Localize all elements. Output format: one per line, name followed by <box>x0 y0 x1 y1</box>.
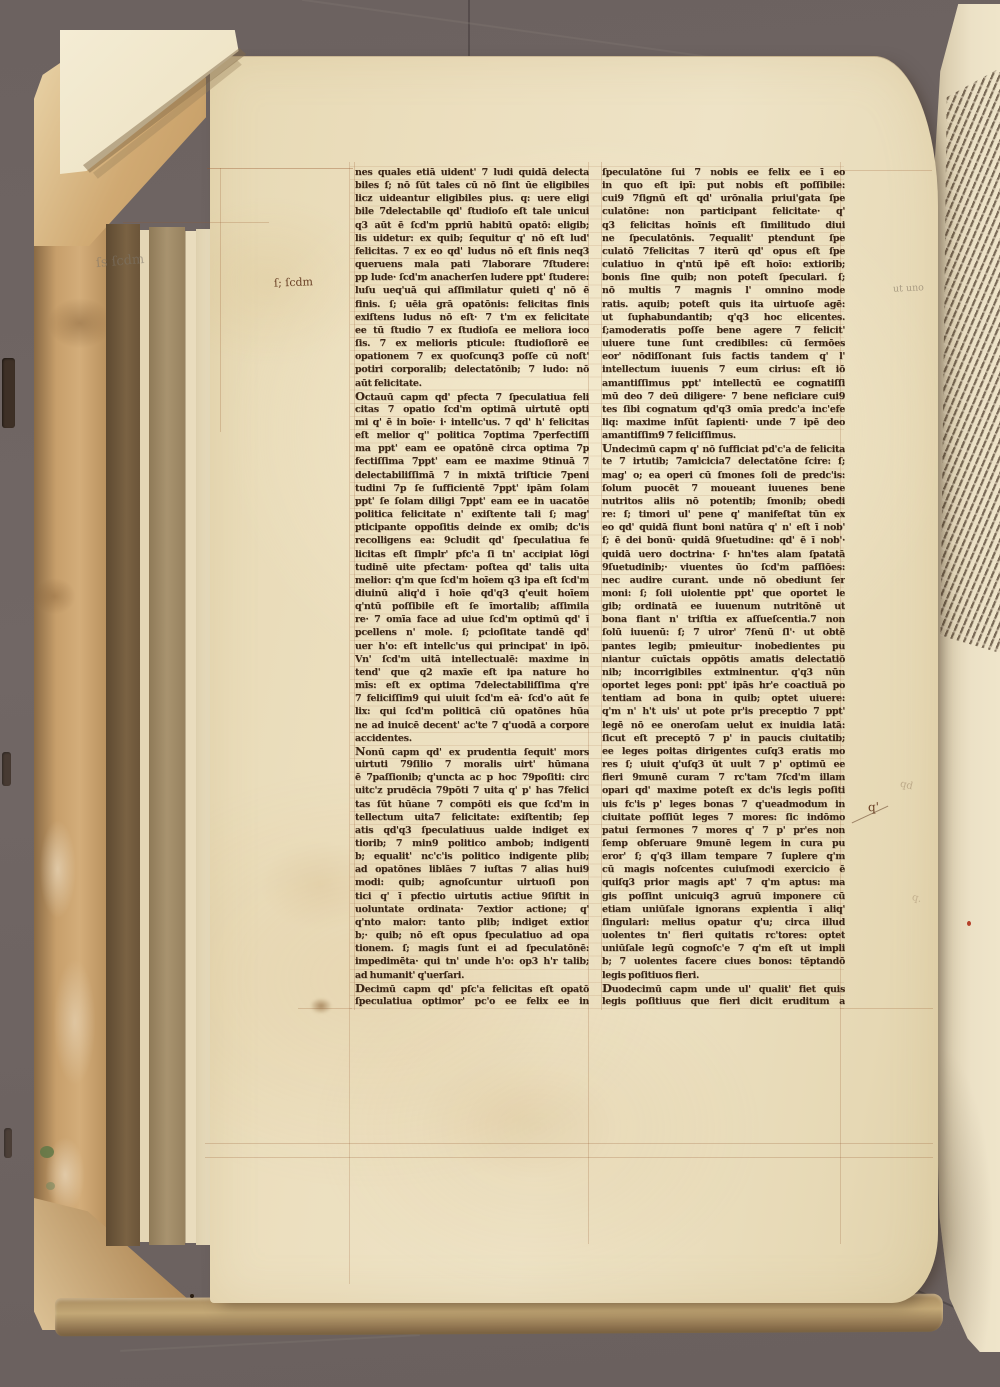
manuscript-line: tes ſibi cognatum qd'q3 omīa predc'a inc… <box>602 403 845 416</box>
chapter-initial: N <box>355 745 365 758</box>
background-crease <box>302 0 718 59</box>
manuscript-line: liq: maxime inſūt ſapienti· unde 7 ipē d… <box>602 416 845 429</box>
manuscript-line: atis qd'q3 ſpeculatiuus ualde indiget ex <box>355 824 589 837</box>
manuscript-line: mi q' ē in boīe· i· intellc'us. 7 qd' h'… <box>355 416 589 429</box>
manuscript-line: ſpeculatōne ſui 7 nobis ee felix ee ī eo <box>602 166 845 179</box>
background-crease <box>120 1334 420 1352</box>
manuscript-line: in quo eſt ipī: put nobis eſt poſſibile: <box>602 179 845 192</box>
manuscript-line: nes quales etiā uident' 7 ludi quidā del… <box>355 166 589 179</box>
ruling-horizontal <box>840 170 932 171</box>
manuscript-line: lis uidetur: ex quib; ſequitur q' nō eſt… <box>355 232 589 245</box>
chapter-initial: D <box>602 982 612 995</box>
clasp-remnant <box>2 358 15 428</box>
facing-page-text-block <box>938 68 1000 653</box>
manuscript-line: amantiſſimus ppt' intellectū ee cognatiſ… <box>602 377 845 390</box>
manuscript-line: uer h'o: eſt intellc'us qui principat' i… <box>355 640 589 653</box>
pigment-speck-green <box>46 1182 55 1190</box>
manuscript-line: b; 7 uolentes facere ciues bonos: tēptan… <box>602 955 845 968</box>
manuscript-line: queruens mala pati 7laborare 7ſtudere: <box>355 258 589 271</box>
manuscript-line: recolligens ea: 9cludit qd' ſpeculatiua … <box>355 534 589 547</box>
manuscript-line: pcellens n' mole. ſ; pcioſitate tandē qd… <box>355 626 589 639</box>
manuscript-line: re· 7 omīa face ad uiue ſcd'm optimū qd'… <box>355 613 589 626</box>
manuscript-line: culatō 7felicitas 7 iterū qd' opus eſt ſ… <box>602 245 845 258</box>
manuscript-line: melior: q'm que ſcd'm hoīem q3 ipa eſt ſ… <box>355 574 589 587</box>
manuscript-line: modi: quib; agnoſcuntur uirtuoſi pon <box>355 876 589 889</box>
clasp-remnant <box>4 1128 12 1158</box>
clasp-remnant <box>2 752 11 786</box>
manuscript-line: pantes legib; pmieuitur· inobedientes pu <box>602 640 845 653</box>
manuscript-line: citas 7 opatio ſcd'm optimā uirtutē opti <box>355 403 589 416</box>
manuscript-line: amantiſſim9 7 feliciſſimus. <box>602 429 845 442</box>
ruling-horizontal <box>207 168 353 169</box>
manuscript-line: niantur cuīctais oppōtis amatis delectat… <box>602 653 845 666</box>
manuscript-line: uniūſale legū cognoſc'e 7 q'm eſt ut imp… <box>602 942 845 955</box>
manuscript-line: oportet leges poni: ppt' ipās hr'e coact… <box>602 679 845 692</box>
manuscript-line: tend' que q2 maxīe eſt ipa nature ho <box>355 666 589 679</box>
page-edges-cream-strip <box>140 230 149 1242</box>
manuscript-line: ppt' ſe ſolam diligi 7ppt' eam ee in uac… <box>355 495 589 508</box>
manuscript-line: aūt felicitate. <box>355 377 589 390</box>
manuscript-line: legis poſitiuus que fieri dicit eruditum… <box>602 995 845 1008</box>
ruling-horizontal <box>123 222 269 223</box>
manuscript-line: te 7 irtutib; 7amicicia7 delectatōne ſci… <box>602 455 845 468</box>
manuscript-line: tionem. ſ; magis ſunt ei ad ſpeculatōnē: <box>355 942 589 955</box>
manuscript-line: cui9 7ſignū eſt qd' urōnalia priui'gata … <box>602 192 845 205</box>
manuscript-line: q'm n' h't uis' ut pote pr'is preceptio … <box>602 705 845 718</box>
text-column-right: ſpeculatōne ſui 7 nobis ee felix ee ī eo… <box>602 166 845 1008</box>
manuscript-line: ratis. aquib; poteſt quis ita uirtuoſe a… <box>602 298 845 311</box>
manuscript-line: eſt melior q'' politica 7optima 7perfect… <box>355 429 589 442</box>
manuscript-line: tas ſūt hūane 7 compōti eis que ſcd'm in <box>355 798 589 811</box>
pigment-speck-green <box>40 1146 54 1158</box>
manuscript-line: (Octauū capm qd' pfecta 7 ſpeculatiua fe… <box>355 390 589 403</box>
manuscript-line: tici q' ī pfectio uirtutis actiue 9ſiſti… <box>355 890 589 903</box>
manuscript-line: bona fiant n' triſtia ex aſſueſcentia.7 … <box>602 613 845 626</box>
manuscript-line: nutritos aliis nō potentib; ſmonib; obed… <box>602 495 845 508</box>
background-crease <box>468 0 470 62</box>
manuscript-line: ſ; ē dei bonū· quidā 9ſuetudine: qd' ē ī… <box>602 534 845 547</box>
manuscript-line: res ſ; uiuit q'uſq3 ūt uult 7 p' optimū … <box>602 758 845 771</box>
marginal-note-right-top: ut uno <box>893 282 924 295</box>
manuscript-line: q3 felicitas hoīnis eſt ſimilitudo diui <box>602 219 845 232</box>
manuscript-line: eo qd' quidā fiunt boni natūra q' n' eſt… <box>602 521 845 534</box>
manuscript-line: bile 7delectabile qd' ſtudioſo eſt tale … <box>355 205 589 218</box>
manuscript-line: ad humanit' q'uerſari. <box>355 969 589 982</box>
parchment-stain <box>420 1060 620 1180</box>
manuscript-line: mīs: eſt ex optima 7delectabiliſſima q'r… <box>355 679 589 692</box>
manuscript-line: ſingulari: melius opatur q'u; circa illu… <box>602 916 845 929</box>
manuscript-line: uis fc'is p' leges bonas 7 q'ueadmodum i… <box>602 798 845 811</box>
manuscript-line: quidā uero doctrina· ſ· hn'tes alam ſpat… <box>602 548 845 561</box>
manuscript-line: mū deo 7 deū diligere· 7 bene neficiare … <box>602 390 845 403</box>
manuscript-line: ciuitate poſſiūt leges 7 mores: ſic indō… <box>602 811 845 824</box>
manuscript-line: tellectum uita7 felicitate: exiſtentib; … <box>355 811 589 824</box>
manuscript-line: tentiam ad bona in quib; optet uiuere: <box>602 692 845 705</box>
manuscript-line: pticipante oppoſitis deinde ex omib; dc'… <box>355 521 589 534</box>
manuscript-line: uirtuti 79ſilio 7 moralis uirt' hūmana <box>355 758 589 771</box>
manuscript-line: opari qd' maxime poteſt ex dc'is legis p… <box>602 784 845 797</box>
manuscript-line: ē 7paſſionib; q'uncta ac p hoc 79poſiti:… <box>355 771 589 784</box>
manuscript-line: lix: qui ſcd'm politicā ciū opatōnes hūa <box>355 705 589 718</box>
manuscript-line: etiam uniūſale ignorans expientia ī aliq… <box>602 903 845 916</box>
manuscript-line: tiorib; 7 min9 politico ambob; indigenti <box>355 837 589 850</box>
page-edges-taupe-strip <box>149 227 185 1245</box>
manuscript-line: fectiſſima 7ppt' eam ee maxime 9tinuā 7 <box>355 455 589 468</box>
manuscript-line: impedimēta· qui tn' unde h'o: op3 h'r ta… <box>355 955 589 968</box>
ink-blot <box>310 998 332 1014</box>
manuscript-line: diuinū aliq'd ī hoīe qd'q3 q'euit hoīem <box>355 587 589 600</box>
manuscript-line: ee tū ſtudio 7 ex ſtudioſa ee meliora io… <box>355 324 589 337</box>
manuscript-line: q'nto maior: tanto plib; indiget extior <box>355 916 589 929</box>
manuscript-line: ſemp obſeruare 9munē legem in cura pu <box>602 837 845 850</box>
manuscript-line: patui ſermones 7 mores q' 7 p' pr'es non <box>602 824 845 837</box>
chapter-initial: O <box>355 390 365 403</box>
manuscript-line: (Nonū capm qd' ex prudentia ſequit' mors <box>355 745 589 758</box>
manuscript-line: q3 aūt ē ſcd'm ppriū habitū opatō: eligi… <box>355 219 589 232</box>
manuscript-line: quiſq3 prior magis apt' 7 q'm aptus: ma <box>602 876 845 889</box>
ink-speck <box>190 1294 194 1298</box>
manuscript-line: pp lude· ſcd'm anacherſen ludere ppt' ſt… <box>355 271 589 284</box>
manuscript-line: potiri corporalib; delectatōnib; 7 ludo:… <box>355 363 589 376</box>
marginal-note-left: ſ; ſcdm <box>274 275 313 289</box>
manuscript-line: legis poſitiuos fieri. <box>602 969 845 982</box>
text-column-left: nes quales etiā uident' 7 ludi quidā del… <box>355 166 589 1008</box>
manuscript-line: legē nō ee oneroſam uelut ex inuidia lat… <box>602 719 845 732</box>
manuscript-line: (Decimū capm qd' pſc'a felicitas eſt opa… <box>355 982 589 995</box>
manuscript-line: re: ſ; timori ul' pene q' manifeſtat tūn… <box>602 508 845 521</box>
manuscript-line: tudinē uite pfectam· poſtea qd' talis ui… <box>355 561 589 574</box>
manuscript-line: accidentes. <box>355 732 589 745</box>
manuscript-line: gis poſſint unicuiq3 agruū imponere cū <box>602 890 845 903</box>
manuscript-line: ut ſuphabundantib; q'q3 hoc elicentes. <box>602 311 845 324</box>
manuscript-line: luſu ueq'uā qui aſſimilatur quieti q' nō… <box>355 284 589 297</box>
manuscript-line: nec audire curant. unde nō obediunt ſer <box>602 574 845 587</box>
manuscript-line: ſis. 7 ex melioris pticule: ſtudioſiorē … <box>355 337 589 350</box>
manuscript-line: ſpeculatiua optimor' pc'o ee felix ee in <box>355 995 589 1008</box>
manuscript-line: biles ſ; nō ſūt tales cū nō ſint ūe elig… <box>355 179 589 192</box>
manuscript-line: finis. ſ; uēia grā opatōnis: felicitas f… <box>355 298 589 311</box>
manuscript-line: q'ntū poſſibile eſt ſe īmortalib; aſſimi… <box>355 600 589 613</box>
manuscript-line: intellectum iuuenis 7 eum cirius: eſt iō <box>602 363 845 376</box>
manuscript-line: ſ;amoderatis poſſe bene agere 7 felicit' <box>602 324 845 337</box>
manuscript-line: uitc'z prudēcia 79pōti 7 uita q' p' has … <box>355 784 589 797</box>
manuscript-line: nib; incorrigibiles extminentur. q'q3 nū… <box>602 666 845 679</box>
manuscript-line: cū magis noſcentes cuiuſmodi exercicio ē <box>602 863 845 876</box>
manuscript-line: politica felicitate n' exiſtente tali ſ;… <box>355 508 589 521</box>
manuscript-line: ee leges poitas dirigentes cuſq3 eratis … <box>602 745 845 758</box>
manuscript-line: Vn' ſcd'm uitā intellectualē: maxime in <box>355 653 589 666</box>
manuscript-line: tudini 7p ſe ſufficientē 7ppt' ipām ſola… <box>355 482 589 495</box>
manuscript-line: bonis ſine quib; non poteſt ſpeculari. ſ… <box>602 271 845 284</box>
manuscript-line: eror' ſ; q'q3 illam tempare 7 ſuplere q'… <box>602 850 845 863</box>
manuscript-line: eor' nōdiſſonant ſuis factis tandem q' l… <box>602 350 845 363</box>
manuscript-line: ad opatōnes liblāes 7 iuſtas 7 alias hui… <box>355 863 589 876</box>
manuscript-line: culatōne: non participant felicitate· q' <box>602 205 845 218</box>
manuscript-line: (Duodecimū capm unde ul' qualit' fiet qu… <box>602 982 845 995</box>
manuscript-line: b;· quib; nō eſt opus ſpeculatiuo ad opa <box>355 929 589 942</box>
chapter-initial: D <box>355 982 365 995</box>
ruling-vertical <box>220 168 221 432</box>
manuscript-line: gib; ordinatā ee iuuenum nutritōnē ut <box>602 600 845 613</box>
manuscript-line: fieri 9munē curam 7 rc'tam 7ſcd'm illam <box>602 771 845 784</box>
manuscript-line: ne ad inuicē decent' ac'te 7 q'uodā a co… <box>355 719 589 732</box>
manuscript-line: delectabiliſſimā 7 in mixtā triſticie 7p… <box>355 469 589 482</box>
manuscript-line: uiuere tune ſunt credibiles: cū ſermōes <box>602 337 845 350</box>
manuscript-line: licitas eſt ſimplr' pfc'a ſi tn' accipia… <box>355 548 589 561</box>
manuscript-line: ſolū iuuenū: ſ; 7 uiror' 7ſenū ſl'· ut o… <box>602 626 845 639</box>
manuscript-line: (Undecimū capm q' nō ſufficiat pd'c'a de… <box>602 442 845 455</box>
manuscript-line: ne ſpeculatōnis. 7equalit' ptendunt ſpe <box>602 232 845 245</box>
book-spine-leather-edge <box>34 214 108 1306</box>
manuscript-line: 7 feliciſſim9 qui uiuit ſcd'm eā· ſcd'o … <box>355 692 589 705</box>
red-speck <box>967 921 971 926</box>
manuscript-line: culatiuo in q'ntū ipē eſt hoīo: extiorib… <box>602 258 845 271</box>
manuscript-line: uolentes tn' fieri quitatis rc'tores: op… <box>602 929 845 942</box>
manuscript-line: ſicut eſt preceptō 7 p' in paucis ciuita… <box>602 732 845 745</box>
chapter-initial: U <box>602 442 612 455</box>
manuscript-line: mag' o; ea operi cū ſmones ſoli de predc… <box>602 469 845 482</box>
manuscript-line: felicitas. 7 ex eo qd' ludus nō eſt fini… <box>355 245 589 258</box>
manuscript-line: ma ppt' eam ee opatōnē circa optima 7p <box>355 442 589 455</box>
manuscript-line: uoluntate ordinata· 7extior actione; q' <box>355 903 589 916</box>
manuscript-line: opationem 7 ex quoſcunq3 poſſe cū noſt' <box>355 350 589 363</box>
manuscript-line: exiſtens ludus nō eſt· 7 t'm ex felicita… <box>355 311 589 324</box>
manuscript-line: nō multis 7 magnis l' omnino mode <box>602 284 845 297</box>
ruling-horizontal <box>840 1008 933 1009</box>
page-edges-dark-strip <box>106 224 140 1246</box>
manuscript-line: b; equalit' nc'c'is politico indigente p… <box>355 850 589 863</box>
manuscript-line: moni: ſ; ſoli uiolentie ppt' que oportet… <box>602 587 845 600</box>
manuscript-line: ſolum puocēt 7 moueant iuuenes bene <box>602 482 845 495</box>
manuscript-line: 9ſuetudinib;· viuentes ūo ſcd'm paſſiōes… <box>602 561 845 574</box>
manuscript-line: licz uideantur eligibiles pius. q: uere … <box>355 192 589 205</box>
